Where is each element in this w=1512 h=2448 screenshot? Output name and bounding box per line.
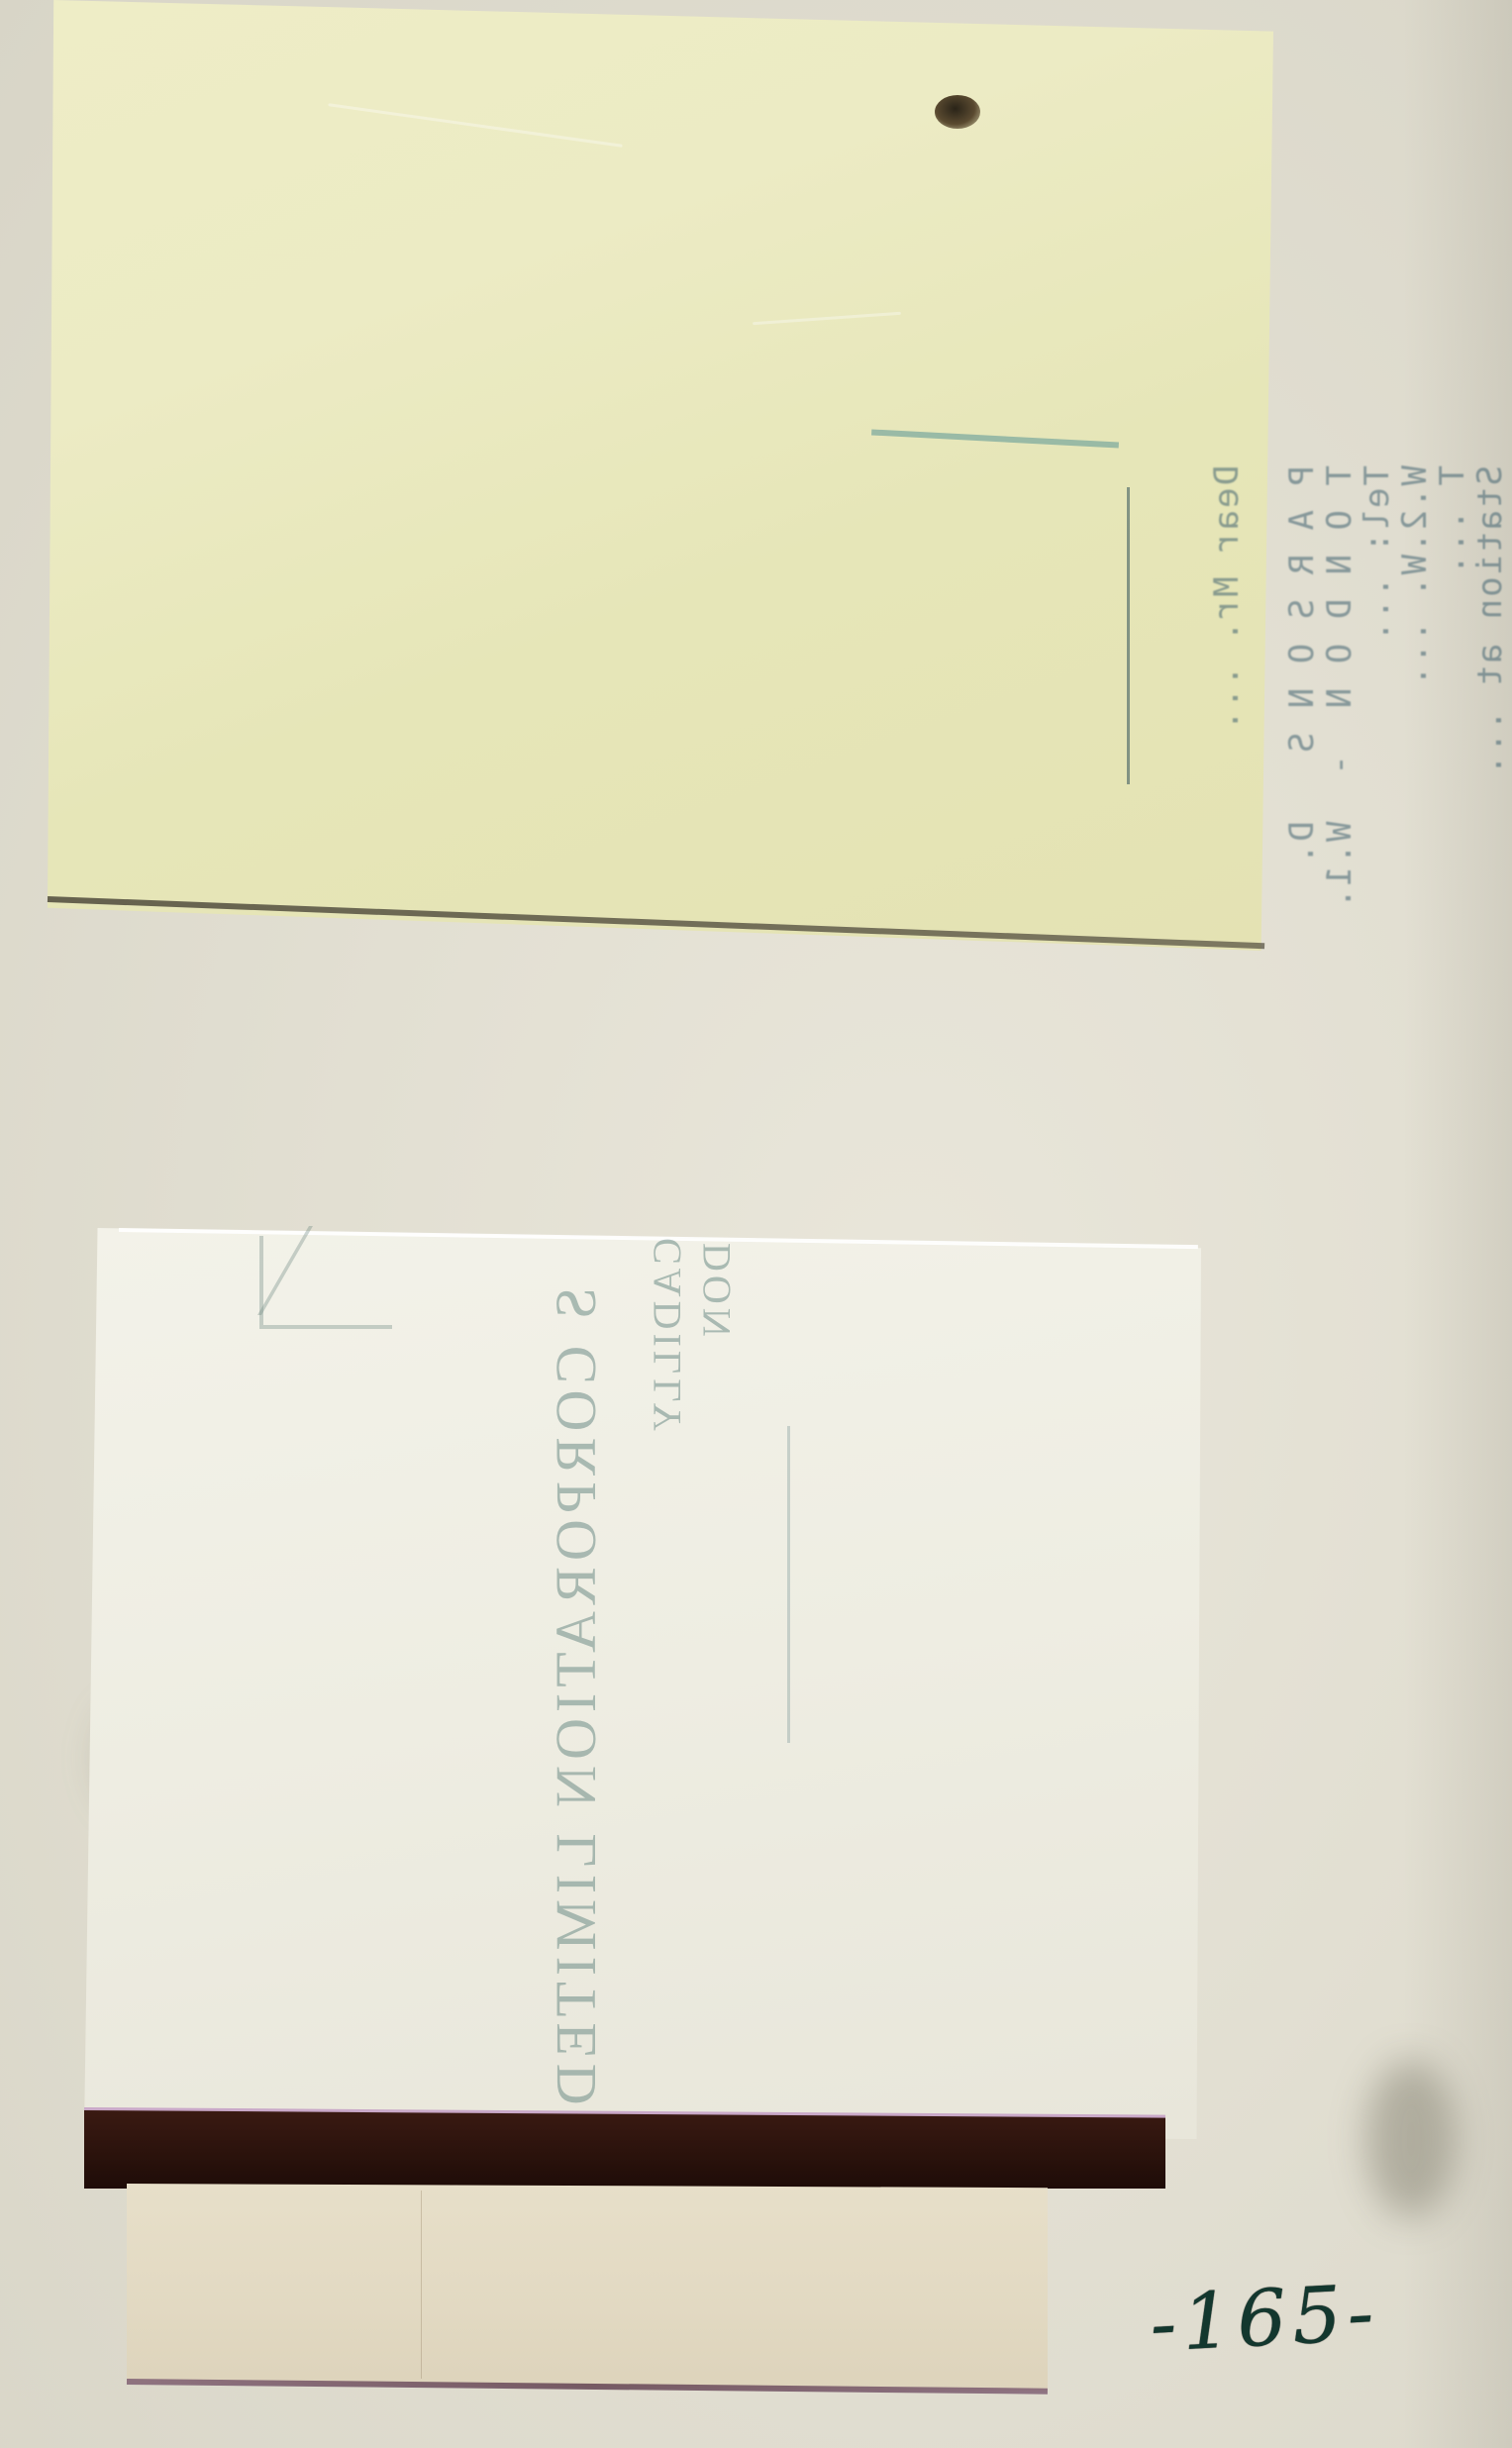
letterhead-company-name: S CORPORATION LIMITED — [543, 1287, 609, 2111]
handwritten-page-number: -165- — [1148, 2265, 1450, 2390]
dark-backing-band — [84, 2109, 1165, 2189]
company-logo-icon — [259, 1236, 392, 1329]
letterhead-address-line: CADILLY — [644, 1238, 690, 1436]
faint-typed-underline — [787, 1426, 790, 1743]
letterhead-address-line: DON — [693, 1243, 740, 1341]
tissue-carbon-copy-sheet — [48, 0, 1273, 951]
mirrored-typed-letter: Dear Mr. ... P A R S O N S D. T O N D O … — [1208, 465, 1512, 955]
mounted-paper-strip — [127, 2184, 1048, 2392]
smudge — [1366, 2060, 1456, 2218]
typed-underline — [1127, 487, 1130, 784]
punch-hole — [935, 95, 980, 129]
letterhead-sheet — [84, 1228, 1201, 2139]
strip-fold-line — [421, 2191, 422, 2379]
